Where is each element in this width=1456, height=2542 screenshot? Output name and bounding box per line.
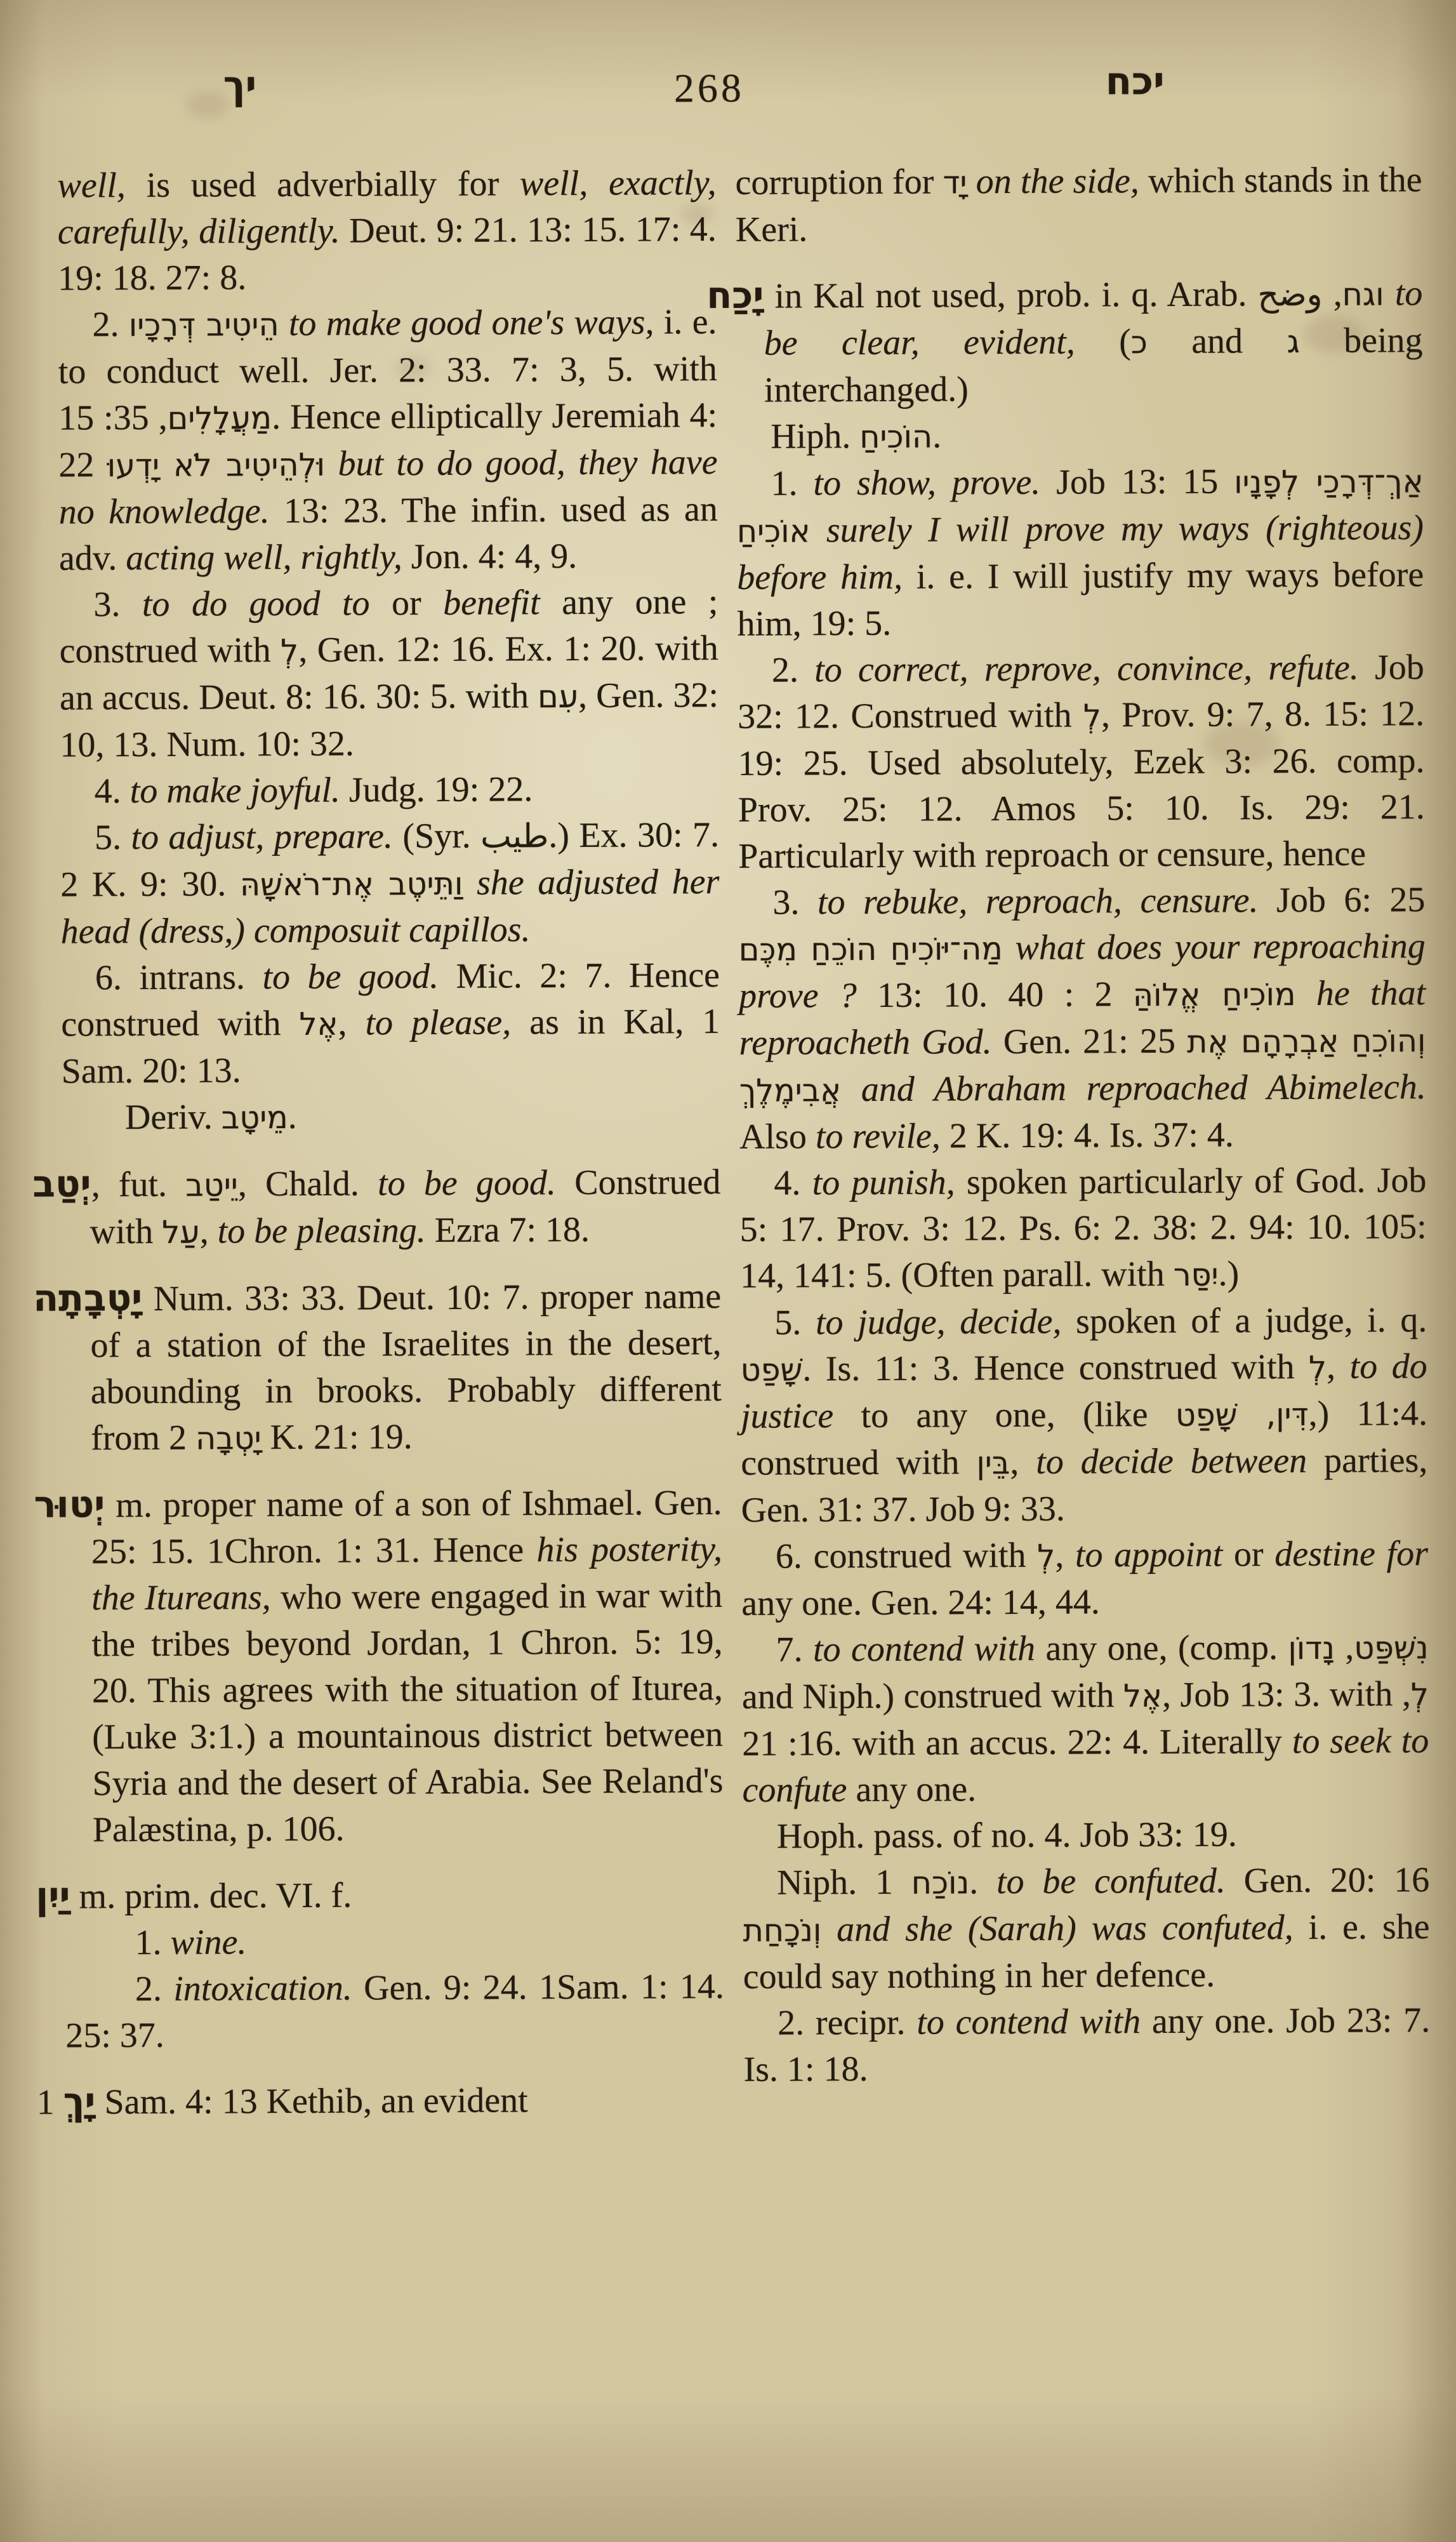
paragraph: Hiph. הוֹכִיחַ. — [736, 411, 1423, 461]
italic-text: destine for — [1274, 1534, 1428, 1574]
hebrew-text: מַעֲלָלִים — [168, 399, 272, 437]
hebrew-headword: יְטַב — [32, 1162, 91, 1205]
text — [1295, 974, 1316, 1013]
italic-text: wine. — [170, 1922, 246, 1962]
hebrew-text: יִסַּר — [1174, 1256, 1219, 1293]
paragraph: well, is used adverbially for well, exac… — [57, 160, 717, 302]
text: Niph. — [777, 1863, 875, 1903]
text: corruption for — [735, 163, 943, 203]
text: Job 13: 15 — [1040, 462, 1234, 502]
page-number: 268 — [674, 65, 745, 112]
text: Jon. 4: 4, 9. — [402, 536, 578, 576]
hebrew-text: אֶל — [1123, 1677, 1162, 1714]
italic-text: to adjust, prepare. — [131, 816, 393, 857]
text: 1. — [771, 463, 813, 503]
hebrew-text: יֵיטַב — [185, 1166, 238, 1203]
text: spoken of a judge, i. q. — [1061, 1300, 1427, 1341]
text: 5. — [95, 818, 131, 857]
hebrew-text: מֵיטָב — [222, 1099, 288, 1136]
arabic-text: طيب — [480, 817, 548, 855]
paragraph: Deriv. מֵיטָב. — [62, 1092, 720, 1142]
text: Gen. 20: 16 — [1226, 1860, 1430, 1900]
text: Hoph. pass. of no. 4. Job 33: 19. — [777, 1815, 1237, 1856]
text: is used adverbially for — [126, 164, 520, 205]
paragraph: 4. to make joyful. Judg. 19: 22. — [60, 766, 719, 815]
paragraph: 1. wine. — [65, 1917, 724, 1967]
text: , — [199, 1212, 217, 1251]
text: 1 Sam. 4: 13 Kethib, an evident — [37, 2080, 528, 2122]
hebrew-text: כ — [1131, 324, 1148, 361]
page-header: יך 268 יכח — [27, 55, 1422, 144]
hebrew-text: מוֹכִיחַ אֱלוֹהַּ — [1133, 976, 1296, 1013]
text — [1384, 274, 1394, 313]
italic-text: to punish, — [812, 1162, 955, 1202]
paragraph: 3. to do good to or benefit any one ; co… — [59, 579, 718, 769]
italic-text: to rebuke, reproach, censure. — [817, 881, 1259, 922]
text: or — [1222, 1534, 1274, 1574]
italic-text: to be pleasing. — [217, 1211, 425, 1251]
text: Hiph. — [771, 416, 859, 456]
italic-text: to correct, reprove, convince, refute. — [814, 648, 1359, 690]
text: , — [1327, 1347, 1350, 1387]
text: 13: 10. 40 : 2 — [857, 975, 1133, 1015]
text — [967, 162, 976, 201]
text: or — [369, 583, 443, 623]
hebrew-headword: יָטְבָתָה — [33, 1276, 142, 1320]
page-sheet: יך 268 יכח well, is used adverbially for… — [0, 0, 1456, 2542]
text: , Job 13: 3. with — [1162, 1674, 1402, 1715]
italic-text: to make good one's ways, — [289, 302, 654, 343]
italic-text: to decide between — [1036, 1441, 1307, 1482]
paragraph: 2. הֵיטִיב דְּרָכָיו to make good one's … — [58, 299, 718, 582]
text: , Chald. — [238, 1164, 378, 1204]
hebrew-text: יָד — [943, 164, 967, 201]
paragraph: 5. to adjust, prepare. (Syr. طيب.) Ex. 3… — [60, 812, 720, 955]
book-page: יך 268 יכח well, is used adverbially for… — [0, 0, 1456, 2542]
paragraph: 6. construed with לְ, to appoint or dest… — [741, 1531, 1429, 1627]
text: ( — [1075, 322, 1131, 361]
text: and Niph.) construed with — [742, 1675, 1123, 1717]
text: 3. — [772, 882, 817, 922]
text: 2. — [772, 650, 815, 689]
lexicon-entry: יָכַח in Kal not used, prob. i. q. Arab.… — [736, 269, 1423, 414]
hebrew-headword: יַיִן — [36, 1874, 70, 1917]
italic-text: to be good. — [378, 1163, 556, 1203]
italic-text: and she (Sarah) was confuted, — [837, 1908, 1294, 1949]
text — [841, 1070, 861, 1109]
hebrew-headword: יְטוּר — [34, 1482, 105, 1526]
text: 2. recipr. — [778, 2003, 917, 2043]
paragraph: 7. to contend with any one, (comp. נִשְׁ… — [741, 1624, 1429, 1814]
text: Gen. 21: 25 — [991, 1021, 1187, 1061]
text: . — [288, 1097, 297, 1136]
lexicon-entry: יְטַב, fut. יֵיטַב, Chald. to be good. C… — [62, 1158, 721, 1256]
hebrew-text: נִשְׁפַּט — [1354, 1629, 1429, 1667]
left-column: well, is used adverbially for well, exac… — [27, 160, 724, 2126]
text: , — [1010, 1442, 1036, 1482]
text: , — [1335, 1628, 1354, 1667]
hebrew-text: עִם — [538, 678, 578, 715]
text: 5. — [774, 1303, 816, 1342]
hebrew-headword: יָךְ — [63, 2079, 96, 2122]
text: 6. construed with — [776, 1536, 1038, 1576]
hebrew-text: לְ — [1037, 1538, 1055, 1574]
hebrew-headword: יָכַח — [706, 274, 764, 317]
text: , — [1322, 274, 1342, 314]
text: Judg. 19: 22. — [340, 769, 533, 809]
lexicon-entry: יַיִן m. prim. dec. VI. f. — [65, 1870, 724, 1920]
text: 1. — [135, 1923, 170, 1962]
text: 4. — [774, 1163, 812, 1202]
paragraph: 3. to rebuke, reproach, censure. Job 6: … — [738, 877, 1426, 1161]
italic-text: intoxication. — [173, 1969, 352, 2009]
hebrew-text: בֵּין — [976, 1444, 1010, 1481]
italic-text: to appoint — [1075, 1535, 1223, 1575]
paragraph: 5. to judge, decide, spoken of a judge, … — [740, 1297, 1428, 1534]
italic-text: to please, — [365, 1002, 511, 1042]
italic-text: on the side, — [976, 161, 1139, 201]
text: . Is. 11: 3. Hence construed with — [802, 1347, 1309, 1388]
hebrew-text: נָדוֹן — [1288, 1630, 1335, 1667]
text: . — [932, 416, 941, 456]
hebrew-text: לְ — [1309, 1349, 1327, 1386]
paragraph: Hoph. pass. of no. 4. Job 33: 19. — [743, 1811, 1429, 1860]
hebrew-text: נוֹכַח — [911, 1864, 970, 1901]
text: 2. — [92, 305, 129, 344]
hebrew-text: שָׁפַט — [741, 1351, 803, 1388]
text — [279, 304, 289, 343]
italic-text: to revile, — [816, 1117, 941, 1157]
text: 4. — [95, 771, 130, 811]
italic-text: to show, prove. — [813, 463, 1040, 503]
hebrew-text: אֶל — [299, 1006, 338, 1042]
text — [821, 1910, 837, 1949]
arabic-text: وضح — [1257, 276, 1322, 314]
right-catchword: יכח — [1106, 59, 1165, 103]
italic-text: to contend with — [813, 1629, 1035, 1670]
hebrew-text: הֵיטִיב דְּרָכָיו — [129, 306, 279, 343]
italic-text: to be confuted. — [996, 1861, 1226, 1902]
italic-text: benefit — [443, 583, 540, 623]
text — [325, 444, 338, 484]
paragraph: 2. to correct, reprove, convince, refute… — [738, 644, 1426, 880]
paragraph: 2. recipr. to contend with any one. Job … — [743, 1997, 1431, 2093]
lexicon-entry: יָךְ 1 Sam. 4: 13 Kethib, an evident — [66, 2075, 725, 2126]
paragraph: Niph. נוֹכַח 1. to be confuted. Gen. 20:… — [743, 1857, 1430, 2000]
paragraph: 1. to show, prove. Job 13: 15 אַךְ־דְּרָ… — [736, 458, 1424, 648]
hebrew-text: לְ — [1083, 697, 1101, 734]
text: 2. — [135, 1969, 174, 2009]
text: , — [1055, 1536, 1075, 1575]
text: Also — [739, 1117, 816, 1157]
hebrew-text: וַתֵּיטֶב אֶת־רֹאשָׁהּ — [240, 865, 463, 903]
hebrew-text: לְ — [281, 632, 298, 669]
text: 2 K. 19: 4. Is. 37: 4. — [941, 1115, 1234, 1156]
hebrew-text: דִּין, שָׁפַט — [1175, 1396, 1309, 1434]
text: and — [1148, 321, 1287, 361]
text — [810, 510, 826, 550]
italic-text: acting well, rightly, — [126, 537, 402, 578]
text: Deriv. — [125, 1097, 222, 1137]
text: in Kal not used, prob. i. q. Arab. — [764, 274, 1257, 316]
italic-text: and Abraham reproached Abimelech. — [861, 1067, 1426, 1109]
text: (Syr. — [393, 816, 480, 856]
text: any one. — [847, 1769, 976, 1809]
italic-text: to make joyful. — [130, 771, 341, 811]
text: .) — [1218, 1254, 1239, 1293]
text: Job 6: 25 — [1258, 880, 1425, 920]
hebrew-text: וגח — [1342, 276, 1384, 312]
text: any one, (comp. — [1035, 1628, 1288, 1668]
text: m. prim. dec. VI. f. — [70, 1876, 352, 1917]
paragraph: 6. intrans. to be good. Mic. 2: 7. Hence… — [61, 952, 720, 1095]
lexicon-entry: יָטְבָתָה Num. 33: 33. Deut. 10: 7. prop… — [62, 1272, 722, 1463]
text: any one. Gen. 24: 14, 44. — [741, 1582, 1100, 1623]
left-catchword: יך — [223, 63, 257, 107]
text: , fut. — [91, 1165, 185, 1205]
right-column: corruption for יָד on the side, which st… — [705, 157, 1430, 2093]
italic-text: to judge, decide, — [816, 1302, 1062, 1343]
hebrew-text: יָטְבָה — [195, 1420, 261, 1456]
text — [1003, 928, 1016, 968]
text — [463, 863, 477, 903]
text: Ezra 7: 18. — [426, 1210, 590, 1250]
text: 6. intrans. — [95, 957, 263, 997]
italic-text: to be good. — [262, 957, 439, 997]
hebrew-text: לְ — [1411, 1676, 1429, 1713]
text: 7. — [776, 1630, 813, 1669]
paragraph: 4. to punish, spoken particularly of God… — [739, 1157, 1427, 1300]
paragraph: corruption for יָד on the side, which st… — [735, 157, 1422, 253]
hebrew-text: עַל — [162, 1214, 200, 1251]
hebrew-text: ג — [1287, 323, 1300, 360]
paragraph: 2. intoxication. Gen. 9: 24. 1Sam. 1: 14… — [65, 1964, 725, 2060]
text: , — [338, 1003, 365, 1042]
italic-text: to contend with — [917, 2002, 1141, 2042]
hebrew-text: מַה־יּוֹכִיחַ הוֹכֵחַ מִכֶּם — [739, 930, 1003, 968]
text: to any one, (like — [833, 1395, 1175, 1435]
italic-text: well, — [57, 166, 126, 205]
hebrew-text: וּלְהֵיטִיב לֹא יָדְעוּ — [107, 446, 326, 484]
hebrew-text: הוֹכִיחַ — [859, 418, 932, 456]
italic-text: to do good to — [142, 583, 370, 624]
hebrew-text: וְנֹכָחַת — [743, 1912, 821, 1949]
lexicon-entry: יְטוּר m. proper name of a son of Ishmae… — [63, 1479, 724, 1854]
text: 3. — [93, 585, 142, 624]
